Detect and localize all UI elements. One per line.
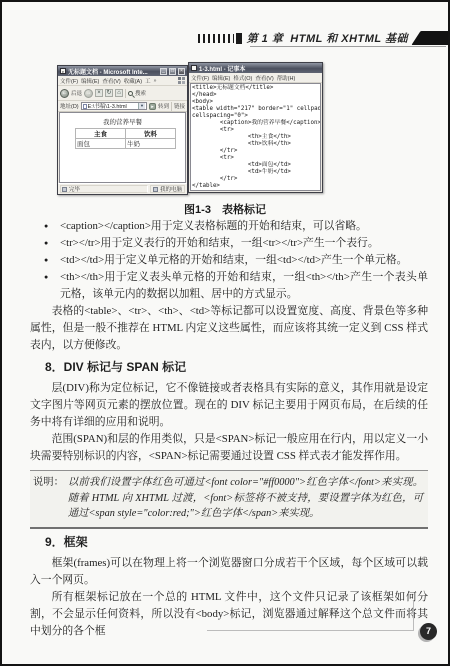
browser-document: 我的营养早餐 主食 饮料 面包 牛奶 xyxy=(59,112,186,183)
code-line: </body> xyxy=(192,190,319,191)
address-value: E:\书稿\1-3.html xyxy=(88,102,127,110)
code-line: <table width="217" border="1" cellpaddin… xyxy=(192,106,319,113)
footer-vertical-rule xyxy=(413,601,414,631)
header-flag-decoration xyxy=(411,31,450,45)
menu-file[interactable]: 文件(F) xyxy=(60,77,78,85)
notepad-text-area[interactable]: <title>无标题文档</title> </head> <body> <tab… xyxy=(190,83,321,191)
stop-icon[interactable]: × xyxy=(95,89,103,97)
notepad-icon xyxy=(191,65,197,71)
forward-icon[interactable]: → xyxy=(84,89,93,98)
code-line: <th>饮料</th> xyxy=(192,141,319,148)
menu-favorites[interactable]: 收藏(A) xyxy=(124,77,142,85)
bullet-icon: ● xyxy=(30,235,60,252)
code-line: <body> xyxy=(192,99,319,106)
minimize-button[interactable]: _ xyxy=(160,68,167,75)
notepad-titlebar[interactable]: 1-3.html - 记事本 xyxy=(189,63,322,73)
paragraph-div: 层(DIV)称为定位标记，它不像链接或者表格具有实际的意义，其作用就是设定文字图… xyxy=(30,380,428,431)
chapter-number: 第 1 章 xyxy=(247,33,284,45)
header-block-decoration xyxy=(236,33,242,44)
links-label[interactable]: 链接 xyxy=(174,102,185,110)
code-line: cellspacing="0"> xyxy=(192,113,319,120)
figure-1-3-screenshot: e 无标题文档 - Microsoft Inte... _ □ × 文件(F) … xyxy=(57,62,323,195)
bullet-text: <td></td>用于定义单元格的开始和结束，一组<td></td>产生一个单元… xyxy=(60,252,428,269)
rendered-table-caption: 我的营养早餐 xyxy=(60,117,185,126)
code-line: </tr> xyxy=(192,148,319,155)
browser-addressbar: 地址(D) E:\书稿\1-3.html ▼ ▸ 转到 链接 xyxy=(58,101,187,112)
notepad-menubar: 文件(F) 编辑(E) 格式(O) 查看(V) 帮助(H) xyxy=(189,73,322,83)
go-icon[interactable]: ▸ xyxy=(149,103,156,110)
list-item: ● <tr></tr>用于定义表行的开始和结束，一组<tr></tr>产生一个表… xyxy=(30,235,428,252)
bullet-list: ● <caption></caption>用于定义表格标题的开始和结束，可以省略… xyxy=(30,218,428,303)
browser-menubar: 文件(F) 编辑(E) 查看(V) 收藏(A) 工 » xyxy=(58,76,187,86)
note-box: 说明： 以前我们设置字体红色可通过<font color="#ff0000">红… xyxy=(30,470,428,529)
list-item: ● <th></th>用于定义表头单元格的开始和结束，一组<th></th>产生… xyxy=(30,269,428,303)
browser-toolbar: ← 后退 → × ↻ ⌂ 搜索 xyxy=(58,86,187,101)
table-row: 面包 牛奶 xyxy=(76,139,176,149)
menu-edit[interactable]: 编辑(E) xyxy=(81,77,99,85)
bullet-text: <tr></tr>用于定义表行的开始和结束，一组<tr></tr>产生一个表行。 xyxy=(60,235,428,252)
browser-statusbar: 完毕 我的电脑 xyxy=(58,183,187,194)
refresh-icon[interactable]: ↻ xyxy=(105,89,113,97)
paragraph-frames-1: 框架(frames)可以在物理上将一个浏览器窗口分成若干个区域，每个区域可以载入… xyxy=(30,555,428,589)
paragraph-frames-2: 所有框架标记放在一个总的 HTML 文件中，这个文件只记录了该框架如何分割，不会… xyxy=(30,589,428,640)
status-zone: 我的电脑 xyxy=(150,185,185,193)
code-line: <caption>我的营养早餐</caption> xyxy=(192,120,319,127)
bullet-text: <th></th>用于定义表头单元格的开始和结束，一组<th></th>产生一个… xyxy=(60,269,428,303)
ie-logo-icon: e xyxy=(60,68,66,74)
code-line: <td>面包</td> xyxy=(192,162,319,169)
code-line: <td>牛奶</td> xyxy=(192,169,319,176)
code-line: </table> xyxy=(192,183,319,190)
paragraph-table-attrs: 表格的<table>、<tr>、<th>、<td>等标记都可以设置宽度、高度、背… xyxy=(30,303,428,354)
search-label[interactable]: 搜索 xyxy=(135,89,146,97)
paragraph-span: 范围(SPAN)和层的作用类似，只是<SPAN>标记一般应用在行内，用以定义一小… xyxy=(30,431,428,465)
note-text: 以前我们设置字体红色可通过<font color="#ff0000">红色字体<… xyxy=(68,475,423,522)
windows-logo-icon xyxy=(178,77,185,84)
header-stripes-decoration xyxy=(198,34,234,43)
close-button[interactable]: × xyxy=(178,68,185,75)
status-left: 完毕 xyxy=(60,185,148,193)
list-item: ● <caption></caption>用于定义表格标题的开始和结束，可以省略… xyxy=(30,218,428,235)
back-icon[interactable]: ← xyxy=(60,89,69,98)
bullet-icon: ● xyxy=(30,218,60,235)
toolbar-separator xyxy=(125,89,126,98)
address-input[interactable]: E:\书稿\1-3.html ▼ xyxy=(81,102,147,110)
menu-edit[interactable]: 编辑(E) xyxy=(212,74,230,82)
table-header-row: 主食 饮料 xyxy=(76,129,176,139)
status-zone-label: 我的电脑 xyxy=(160,185,182,193)
page-icon xyxy=(83,104,87,109)
back-label[interactable]: 后退 xyxy=(71,89,82,97)
address-dropdown-icon[interactable]: ▼ xyxy=(138,102,145,110)
code-line: <title>无标题文档</title> xyxy=(192,85,319,92)
code-line: <tr> xyxy=(192,127,319,134)
bullet-icon: ● xyxy=(30,252,60,269)
document-status-icon xyxy=(62,187,67,192)
browser-title: 无标题文档 - Microsoft Inte... xyxy=(68,67,158,76)
table-cell: 牛奶 xyxy=(126,139,176,149)
section-heading-frames: 9．框架 xyxy=(30,534,428,551)
menu-file[interactable]: 文件(F) xyxy=(191,74,209,82)
list-item: ● <td></td>用于定义单元格的开始和结束，一组<td></td>产生一个… xyxy=(30,252,428,269)
footer-horizontal-rule xyxy=(207,630,414,631)
table-cell: 面包 xyxy=(76,139,126,149)
page-number-badge: 7 xyxy=(420,623,437,640)
figure-caption: 图1-3 表格标记 xyxy=(2,201,448,217)
body-text: ● <caption></caption>用于定义表格标题的开始和结束，可以省略… xyxy=(30,218,428,640)
code-line: </head> xyxy=(192,92,319,99)
code-line: </tr> xyxy=(192,176,319,183)
bullet-text: <caption></caption>用于定义表格标题的开始和结束，可以省略。 xyxy=(60,218,428,235)
address-label: 地址(D) xyxy=(60,102,79,110)
status-left-label: 完毕 xyxy=(69,185,80,193)
chapter-name: HTML 和 XHTML 基础 xyxy=(290,33,408,45)
bullet-icon: ● xyxy=(30,269,60,303)
menu-overflow-chevron[interactable]: » xyxy=(154,78,157,84)
search-icon[interactable] xyxy=(128,91,133,96)
notepad-title: 1-3.html - 记事本 xyxy=(199,64,320,73)
menu-view[interactable]: 查看(V) xyxy=(102,77,120,85)
menu-help[interactable]: 帮助(H) xyxy=(277,74,296,82)
address-separator xyxy=(171,102,172,111)
section-heading-div-span: 8．DIV 标记与 SPAN 标记 xyxy=(30,359,428,376)
table-header-cell: 主食 xyxy=(76,129,126,139)
menu-tools[interactable]: 工 xyxy=(145,77,151,85)
note-label: 说明： xyxy=(33,475,64,522)
maximize-button[interactable]: □ xyxy=(169,68,176,75)
book-page: 第 1 章HTML 和 XHTML 基础 e 无标题文档 - Microsoft… xyxy=(0,0,450,666)
chapter-title: 第 1 章HTML 和 XHTML 基础 xyxy=(247,30,416,46)
notepad-window: 1-3.html - 记事本 文件(F) 编辑(E) 格式(O) 查看(V) 帮… xyxy=(188,62,323,193)
code-line: <tr> xyxy=(192,155,319,162)
my-computer-icon xyxy=(153,187,158,192)
browser-window: e 无标题文档 - Microsoft Inte... _ □ × 文件(F) … xyxy=(57,65,188,195)
browser-titlebar[interactable]: e 无标题文档 - Microsoft Inte... _ □ × xyxy=(58,66,187,76)
rendered-table: 主食 饮料 面包 牛奶 xyxy=(75,128,176,149)
header-rule xyxy=(250,46,446,47)
table-header-cell: 饮料 xyxy=(126,129,176,139)
chapter-header: 第 1 章HTML 和 XHTML 基础 xyxy=(198,29,448,47)
code-line: <th>主食</th> xyxy=(192,134,319,141)
go-label[interactable]: 转到 xyxy=(158,102,169,110)
home-icon[interactable]: ⌂ xyxy=(115,89,123,97)
menu-view[interactable]: 查看(V) xyxy=(255,74,273,82)
menu-format[interactable]: 格式(O) xyxy=(233,74,252,82)
